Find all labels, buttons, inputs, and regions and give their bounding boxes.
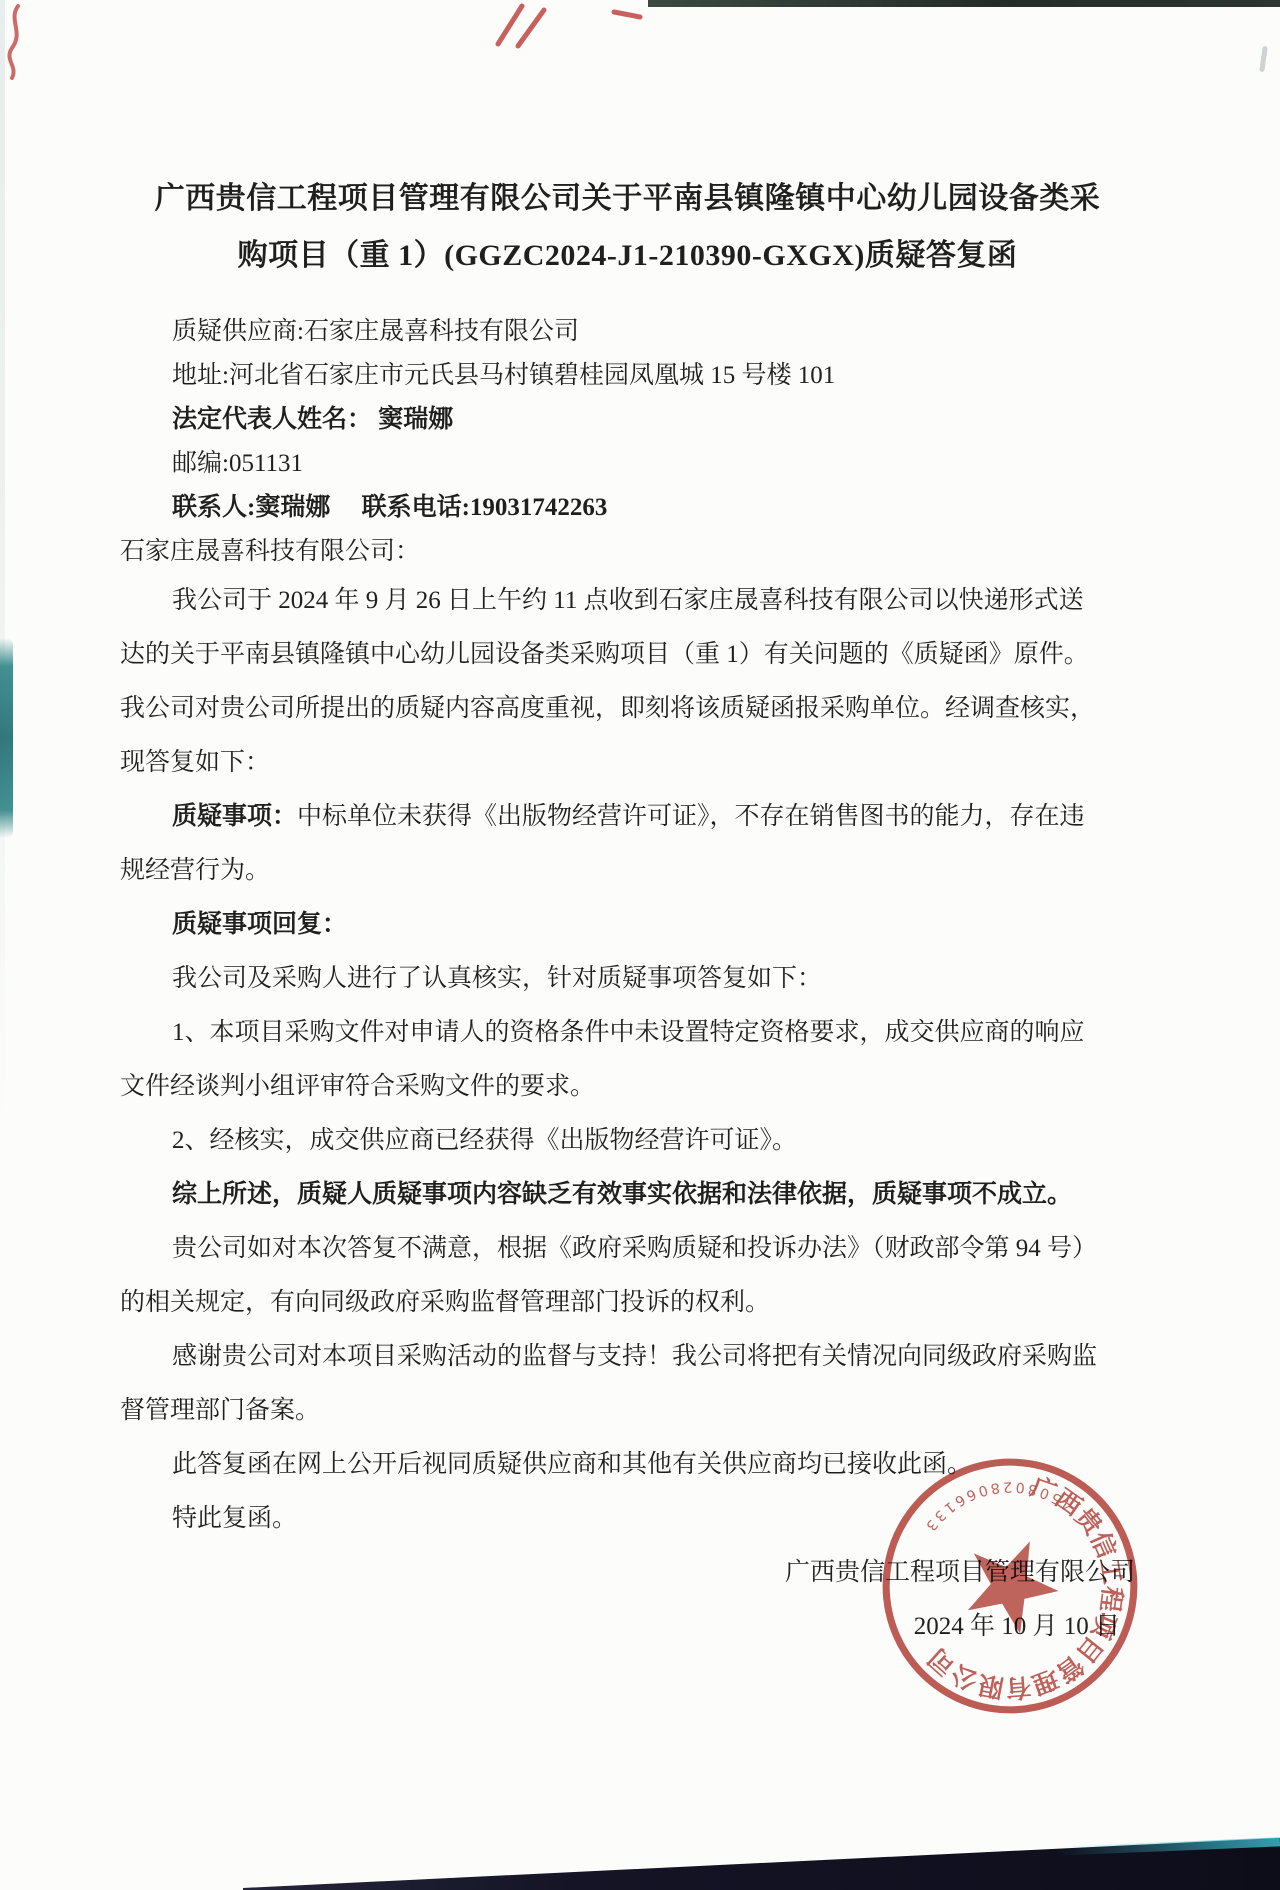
title-line-1: 广西贵信工程项目管理有限公司关于平南县镇隆镇中心幼儿园设备类采 (120, 170, 1135, 227)
supplier-line: 质疑供应商:石家庄晟喜科技有限公司 (120, 310, 1135, 354)
body-line: 我公司对贵公司所提出的质疑内容高度重视，即刻将该质疑函报采购单位。经调查核实， (120, 682, 1135, 736)
legal-representative-line: 法定代表人姓名： 窦瑞娜 (120, 398, 1135, 442)
seal-star-icon (956, 1538, 1065, 1643)
query-item-text: 中标单位未获得《出版物经营许可证》，不存在销售图书的能力，存在违 (297, 803, 1085, 830)
body-line: 2、经核实，成交供应商已经获得《出版物经营许可证》。 (120, 1114, 1135, 1168)
scanned-document-page: 广西贵信工程项目管理有限公司关于平南县镇隆镇中心幼儿园设备类采 购项目（重 1）… (0, 0, 1280, 1890)
body-line: 规经营行为。 (120, 844, 1135, 898)
body-line-reply-heading: 质疑事项回复： (120, 898, 1135, 952)
body-line: 文件经谈判小组评审符合采购文件的要求。 (120, 1060, 1135, 1114)
svg-text:4508028066133: 4508028066133 (913, 1464, 1077, 1544)
query-item-label: 质疑事项： (172, 803, 297, 830)
body-line-conclusion: 综上所述，质疑人质疑事项内容缺乏有效事实依据和法律依据，质疑事项不成立。 (120, 1168, 1135, 1222)
document-content: 广西贵信工程项目管理有限公司关于平南县镇隆镇中心幼儿园设备类采 购项目（重 1）… (0, 0, 1280, 1654)
body-line: 我公司及采购人进行了认真核实，针对质疑事项答复如下： (120, 952, 1135, 1006)
contact-line: 联系人:窦瑞娜 联系电话:19031742263 (120, 486, 1135, 530)
address-line: 地址:河北省石家庄市元氏县马村镇碧桂园凤凰城 15 号楼 101 (120, 354, 1135, 398)
official-seal: 广西贵信工程项目管理有限公司 4508028066133 (876, 1452, 1144, 1720)
body-line: 贵公司如对本次答复不满意，根据《政府采购质疑和投诉办法》（财政部令第 94 号） (120, 1222, 1135, 1276)
body-line: 达的关于平南县镇隆镇中心幼儿园设备类采购项目（重 1）有关问题的《质疑函》原件。 (120, 628, 1135, 682)
body-line: 我公司于 2024 年 9 月 26 日上午约 11 点收到石家庄晟喜科技有限公… (120, 574, 1135, 628)
body-line: 1、本项目采购文件对申请人的资格条件中未设置特定资格要求，成交供应商的响应 (120, 1006, 1135, 1060)
body-line-query-item: 质疑事项：中标单位未获得《出版物经营许可证》，不存在销售图书的能力，存在违 (120, 790, 1135, 844)
document-title: 广西贵信工程项目管理有限公司关于平南县镇隆镇中心幼儿园设备类采 购项目（重 1）… (120, 170, 1135, 284)
body-line: 督管理部门备案。 (120, 1384, 1135, 1438)
body-line: 的相关规定，有向同级政府采购监督管理部门投诉的权利。 (120, 1276, 1135, 1330)
title-line-2: 购项目（重 1）(GGZC2024-J1-210390-GXGX)质疑答复函 (120, 227, 1135, 284)
document-body: 我公司于 2024 年 9 月 26 日上午约 11 点收到石家庄晟喜科技有限公… (120, 574, 1135, 1546)
body-line: 现答复如下： (120, 736, 1135, 790)
body-line: 感谢贵公司对本项目采购活动的监督与支持！我公司将把有关情况向同级政府采购监 (120, 1330, 1135, 1384)
salutation-line: 石家庄晟喜科技有限公司： (120, 530, 1135, 574)
supplier-info-block: 质疑供应商:石家庄晟喜科技有限公司 地址:河北省石家庄市元氏县马村镇碧桂园凤凰城… (120, 310, 1135, 530)
seal-serial-number: 4508028066133 (913, 1464, 1077, 1544)
postal-code-line: 邮编:051131 (120, 442, 1135, 486)
